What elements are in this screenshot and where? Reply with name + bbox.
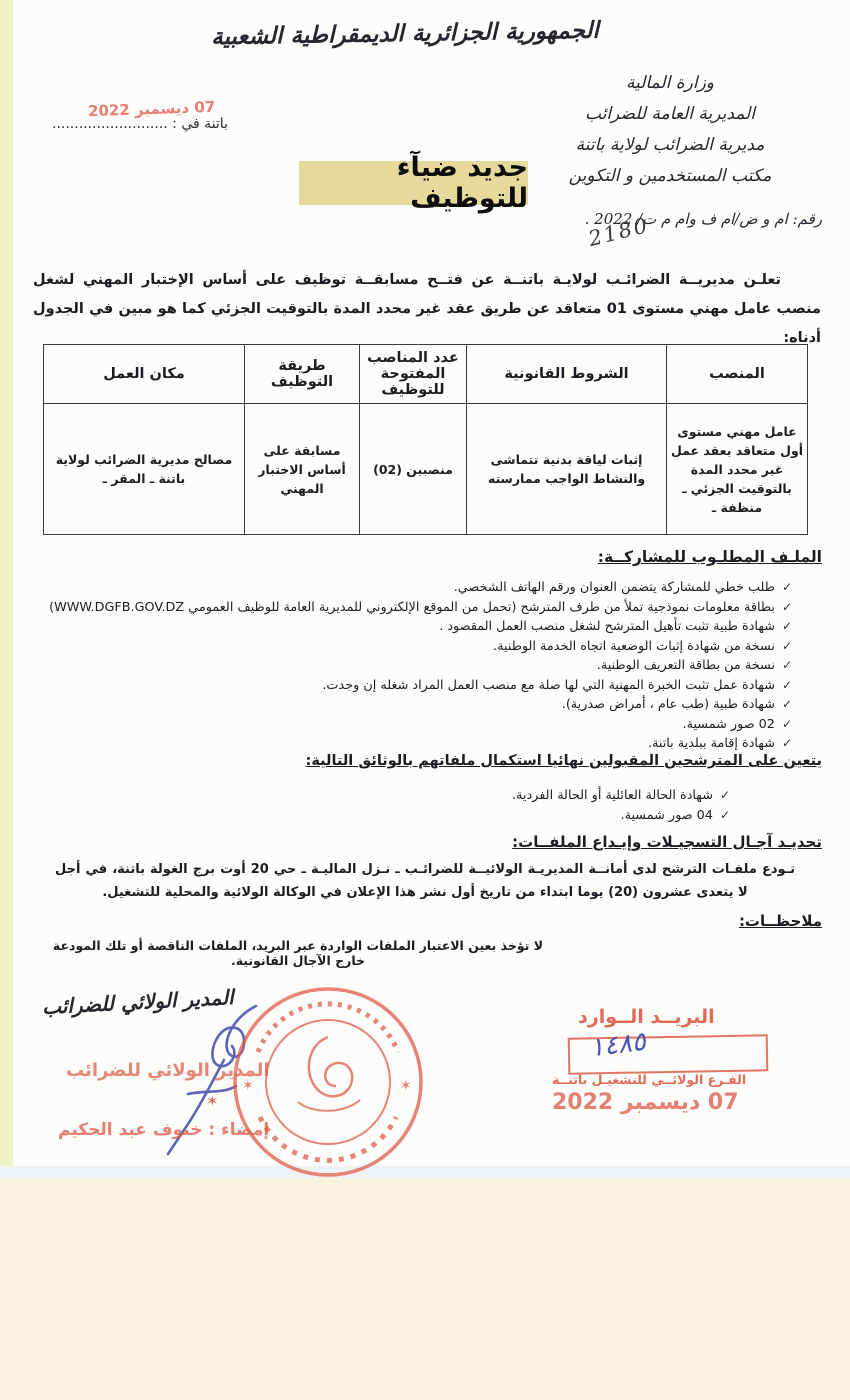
col-header-legal-conditions: الشروط القانونية [467, 345, 667, 404]
list-item-text: نسخة من بطاقة التعريف الوطنية. [597, 658, 775, 673]
list-item-text: بطاقة معلومات نموذجية تملأ من طرف المترش… [49, 600, 775, 615]
deadline-paragraph: تـودع ملفـات الترشح لدى أمانــة المديريـ… [55, 858, 795, 904]
seal-star-right: ✶ [400, 1078, 412, 1094]
list-item-text: طلب خطي للمشاركة يتضمن العنوان ورقم الها… [454, 580, 775, 595]
list-item: ✓04 صور شمسية. [512, 806, 730, 826]
intro-paragraph: تعلـن مديريــة الضرائـب لولايـة باتنــة … [33, 266, 821, 353]
table-row: عامل مهني مستوى أول متعاقد بعقد عمل غير … [44, 404, 808, 535]
checkmark-icon: ✓ [720, 786, 730, 806]
deadline-section-title: تحديـد آجـال التسجيـلات وإيـداع الملفــا… [512, 833, 822, 851]
list-item-text: شهادة عمل تثبت الخبرة المهنية التي لها ص… [322, 678, 775, 693]
cell-work-location: مصالح مديرية الضرائب لولاية باتنة ـ المق… [44, 404, 245, 535]
checkmark-icon: ✓ [782, 617, 792, 637]
list-item: ✓شهادة إقامة ببلدية باتنة. [49, 734, 792, 754]
ministry-line: مكتب المستخدمين و التكوين [520, 161, 820, 192]
list-item-text: نسخة من شهادة إثبات الوضعية اتجاه الخدمة… [493, 639, 775, 654]
scanned-document-page: الجمهورية الجزائرية الديمقراطية الشعبية … [0, 0, 850, 1400]
dossier-section-title: الملـف المطلـوب للمشاركــة: [598, 548, 822, 566]
list-item: ✓02 صور شمسية. [49, 715, 792, 735]
list-item-text: 02 صور شمسية. [683, 717, 775, 732]
col-header-position: المنصب [667, 345, 808, 404]
list-item-text: شهادة الحالة العائلية أو الحالة الفردية. [512, 788, 713, 803]
checkmark-icon: ✓ [782, 695, 792, 715]
job-offer-table: المنصب الشروط القانونية عدد المناصب المف… [43, 344, 808, 535]
republic-title: الجمهورية الجزائرية الديمقراطية الشعبية [185, 16, 625, 51]
list-item-text: شهادة طبية (طب عام ، أمراض صدرية). [562, 697, 775, 712]
final-docs-section-title: يتعين على المترشحين المقبولين نهائيا است… [306, 753, 822, 769]
dossier-checklist: ✓طلب خطي للمشاركة يتضمن العنوان ورقم اله… [49, 578, 792, 754]
checkmark-icon: ✓ [720, 806, 730, 826]
list-item: ✓شهادة طبية (طب عام ، أمراض صدرية). [49, 695, 792, 715]
checkmark-icon: ✓ [782, 598, 792, 618]
list-item-text: 04 صور شمسية. [621, 808, 713, 823]
employment-branch-stamp-line: الفـرع الولائــي للتشغيـل باتنــة [552, 1072, 746, 1087]
cell-recruitment-method: مسابقة على أساس الاختبار المهني [245, 404, 360, 535]
ministry-header-block: وزارة المالية المديرية العامة للضرائب مد… [520, 68, 820, 192]
incoming-mail-stamp-title: البريــد الــوارد [578, 1006, 715, 1028]
list-item: ✓نسخة من شهادة إثبات الوضعية اتجاه الخدم… [49, 637, 792, 657]
checkmark-icon: ✓ [782, 637, 792, 657]
scan-edge-strip [0, 0, 13, 1180]
checkmark-icon: ✓ [782, 715, 792, 735]
intro-paragraph-text: تعلـن مديريــة الضرائـب لولايـة باتنــة … [33, 272, 821, 346]
notes-paragraph: لا تؤخذ بعين الاعتبار الملفات الواردة عب… [38, 938, 558, 968]
cell-legal-conditions: إثبات لياقة بدنية تتماشى والنشاط الواجب … [467, 404, 667, 535]
list-item: ✓نسخة من بطاقة التعريف الوطنية. [49, 656, 792, 676]
list-item-text: شهادة إقامة ببلدية باتنة. [648, 736, 775, 751]
ministry-line: وزارة المالية [520, 68, 820, 99]
official-round-seal: ✶ ✶ [228, 982, 428, 1182]
list-item: ✓طلب خطي للمشاركة يتضمن العنوان ورقم اله… [49, 578, 792, 598]
jobs-site-watermark: جديد ضيآء للتوظيف [299, 161, 528, 205]
final-docs-checklist: ✓شهادة الحالة العائلية أو الحالة الفردية… [512, 786, 730, 825]
notes-section-title: ملاحظــات: [739, 912, 822, 930]
col-header-open-posts: عدد المناصب المفتوحة للتوظيف [360, 345, 467, 404]
checkmark-icon: ✓ [782, 656, 792, 676]
list-item-text: شهادة طبية تثبت تأهيل المترشح لشغل منصب … [439, 619, 775, 634]
seal-star-left: ✶ [242, 1078, 254, 1094]
ministry-line: مديرية الضرائب لولاية باتنة [520, 130, 820, 161]
scan-background-bottom [0, 1178, 850, 1400]
col-header-work-location: مكان العمل [44, 345, 245, 404]
ministry-line: المديرية العامة للضرائب [520, 99, 820, 130]
checkmark-icon: ✓ [782, 578, 792, 598]
red-stamp-star-icon: ✶ [206, 1092, 219, 1110]
list-item: ✓شهادة طبية تثبت تأهيل المترشح لشغل منصب… [49, 617, 792, 637]
cell-position: عامل مهني مستوى أول متعاقد بعقد عمل غير … [667, 404, 808, 535]
list-item: ✓شهادة عمل تثبت الخبرة المهنية التي لها … [49, 676, 792, 696]
list-item: ✓بطاقة معلومات نموذجية تملأ من طرف المتر… [49, 598, 792, 618]
incoming-mail-date-stamp: 07 ديسمبر 2022 [552, 1090, 739, 1115]
table-header-row: المنصب الشروط القانونية عدد المناصب المف… [44, 345, 808, 404]
checkmark-icon: ✓ [782, 676, 792, 696]
checkmark-icon: ✓ [782, 734, 792, 754]
col-header-recruitment-method: طريقة التوظيف [245, 345, 360, 404]
cell-open-posts: منصبين (02) [360, 404, 467, 535]
list-item: ✓شهادة الحالة العائلية أو الحالة الفردية… [512, 786, 730, 806]
